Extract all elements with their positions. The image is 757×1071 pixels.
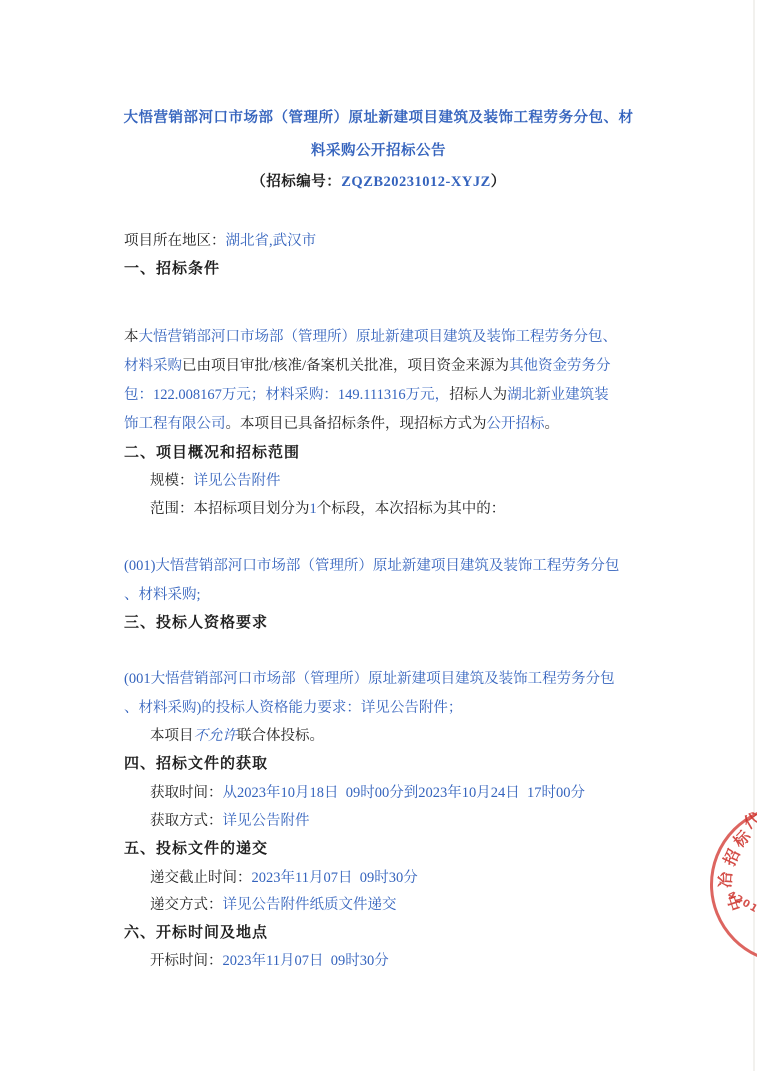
conditions-paragraph-line-4-text: 。: [545, 416, 560, 432]
project-region-line-text: 项目所在地区：: [124, 233, 226, 249]
conditions-paragraph-line-2-text: 已由项目审批/核准/备案机关批准，项目资金来源为: [182, 358, 509, 374]
red-seal-stamp: 中冶招标代理4201: [710, 805, 757, 965]
submit-method-line-text: 详见公告附件纸质文件递交: [223, 897, 397, 913]
qualification-line-1: (001大悟营销部河口市场部（管理所）原址新建项目建筑及装饰工程劳务分包: [124, 669, 615, 689]
lot-001-line-1: (001)大悟营销部河口市场部（管理所）原址新建项目建筑及装饰工程劳务分包: [124, 556, 619, 576]
title-line-2: 料采购公开招标公告: [0, 141, 757, 161]
section-1-heading: 一、招标条件: [124, 259, 220, 279]
submit-method-line-text: 递交方式：: [150, 897, 223, 913]
lot-001-line-2: 、材料采购;: [124, 585, 201, 605]
conditions-paragraph-line-1: 本大悟营销部河口市场部（管理所）原址新建项目建筑及装饰工程劳务分包、: [124, 327, 617, 347]
project-region-line: 项目所在地区：湖北省,武汉市: [124, 231, 316, 251]
scale-line-text: 规模：: [150, 473, 194, 489]
joint-venture-line-text: 不允许: [194, 728, 238, 744]
conditions-paragraph-line-4-text: 公开招标: [487, 416, 545, 432]
section-3-heading: 三、投标人资格要求: [124, 613, 268, 633]
scope-line-text: 个标段，本次招标为其中的：: [317, 501, 506, 517]
joint-venture-line-text: 本项目: [150, 728, 194, 744]
lot-001-line-1-text: (001)大悟营销部河口市场部（管理所）原址新建项目建筑及装饰工程劳务分包: [124, 558, 619, 574]
submit-deadline-line: 递交截止时间：2023年11月07日 09时30分: [150, 868, 418, 888]
section-6-heading: 六、开标时间及地点: [124, 923, 268, 943]
section-6-heading-text: 六、开标时间及地点: [124, 925, 268, 941]
conditions-paragraph-line-4: 饰工程有限公司。本项目已具备招标条件，现招标方式为公开招标。: [124, 414, 559, 434]
tender-code-line-text: ）: [491, 174, 506, 190]
tender-code-line-text: （招标编号：: [251, 174, 341, 190]
conditions-paragraph-line-4-text: 。本项目已具备招标条件，现招标方式为: [226, 416, 487, 432]
submit-deadline-line-text: 2023年11月07日 09时30分: [252, 870, 418, 886]
section-5-heading: 五、投标文件的递交: [124, 839, 268, 859]
obtain-time-line-text: 从2023年10月18日 09时00分到2023年10月24日 17时00分: [223, 785, 586, 801]
seal-ring: [710, 805, 757, 964]
obtain-method-line-text: 获取方式：: [150, 813, 223, 829]
section-4-heading: 四、招标文件的获取: [124, 754, 268, 774]
conditions-paragraph-line-2-text: 其他资金劳务分: [509, 358, 611, 374]
scale-line: 规模：详见公告附件: [150, 471, 281, 491]
lot-001-line-2-text: 、材料采购;: [124, 587, 201, 603]
tender-code-line: （招标编号：ZQZB20231012-XYJZ）: [0, 172, 757, 192]
open-time-line-text: 开标时间：: [150, 953, 223, 969]
conditions-paragraph-line-2: 材料采购已由项目审批/核准/备案机关批准，项目资金来源为其他资金劳务分: [124, 356, 611, 376]
joint-venture-line-text: 联合体投标。: [237, 728, 324, 744]
obtain-method-line: 获取方式：详见公告附件: [150, 811, 310, 831]
submit-deadline-line-text: 递交截止时间：: [150, 870, 252, 886]
scope-line: 范围：本招标项目划分为1个标段，本次招标为其中的：: [150, 499, 505, 519]
conditions-paragraph-line-3-text: 湖北新业建筑装: [507, 387, 609, 403]
project-region-line-text: 湖北省,武汉市: [226, 233, 317, 249]
title-line-2-text: 料采购公开招标公告: [311, 143, 446, 159]
conditions-paragraph-line-2-text: 材料采购: [124, 358, 182, 374]
submit-method-line: 递交方式：详见公告附件纸质文件递交: [150, 895, 397, 915]
conditions-paragraph-line-3-text: 招标人为: [449, 387, 507, 403]
section-1-heading-text: 一、招标条件: [124, 261, 220, 277]
section-2-heading-text: 二、项目概况和招标范围: [124, 445, 300, 461]
qualification-line-2-text: 、材料采购)的投标人资格能力要求：详见公告附件；: [124, 700, 462, 716]
conditions-paragraph-line-4-text: 饰工程有限公司: [124, 416, 226, 432]
qualification-line-1-text: (001大悟营销部河口市场部（管理所）原址新建项目建筑及装饰工程劳务分包: [124, 671, 615, 687]
obtain-method-line-text: 详见公告附件: [223, 813, 310, 829]
qualification-line-2: 、材料采购)的投标人资格能力要求：详见公告附件；: [124, 698, 462, 718]
seal-arc-char: 中: [726, 891, 749, 914]
conditions-paragraph-line-3-text: 包：122.008167万元；材料采购：149.111316万元，: [124, 387, 449, 403]
joint-venture-line: 本项目不允许联合体投标。: [150, 726, 324, 746]
scope-line-text: 范围：本招标项目划分为: [150, 501, 310, 517]
obtain-time-line: 获取时间：从2023年10月18日 09时00分到2023年10月24日 17时…: [150, 783, 585, 803]
conditions-paragraph-line-1-text: 本: [124, 329, 139, 345]
conditions-paragraph-line-1-text: 大悟营销部河口市场部（管理所）原址新建项目建筑及装饰工程劳务分包、: [139, 329, 618, 345]
section-2-heading: 二、项目概况和招标范围: [124, 443, 300, 463]
title-line-1: 大悟营销部河口市场部（管理所）原址新建项目建筑及装饰工程劳务分包、材: [0, 108, 757, 128]
seal-arc-char: 招: [721, 846, 745, 870]
seal-arc-char: 冶: [717, 870, 736, 889]
title-line-1-text: 大悟营销部河口市场部（管理所）原址新建项目建筑及装饰工程劳务分包、材: [124, 110, 634, 126]
conditions-paragraph-line-3: 包：122.008167万元；材料采购：149.111316万元，招标人为湖北新…: [124, 385, 609, 405]
tender-code-line-text: ZQZB20231012-XYJZ: [341, 174, 491, 190]
section-3-heading-text: 三、投标人资格要求: [124, 615, 268, 631]
open-time-line: 开标时间：2023年11月07日 09时30分: [150, 951, 389, 971]
obtain-time-line-text: 获取时间：: [150, 785, 223, 801]
section-5-heading-text: 五、投标文件的递交: [124, 841, 268, 857]
document-page: 中冶招标代理4201 大悟营销部河口市场部（管理所）原址新建项目建筑及装饰工程劳…: [0, 0, 757, 1071]
scale-line-text: 详见公告附件: [194, 473, 281, 489]
section-4-heading-text: 四、招标文件的获取: [124, 756, 268, 772]
open-time-line-text: 2023年11月07日 09时30分: [223, 953, 389, 969]
scope-line-text: 1: [310, 501, 317, 517]
seal-arc-char: 标: [730, 827, 755, 852]
